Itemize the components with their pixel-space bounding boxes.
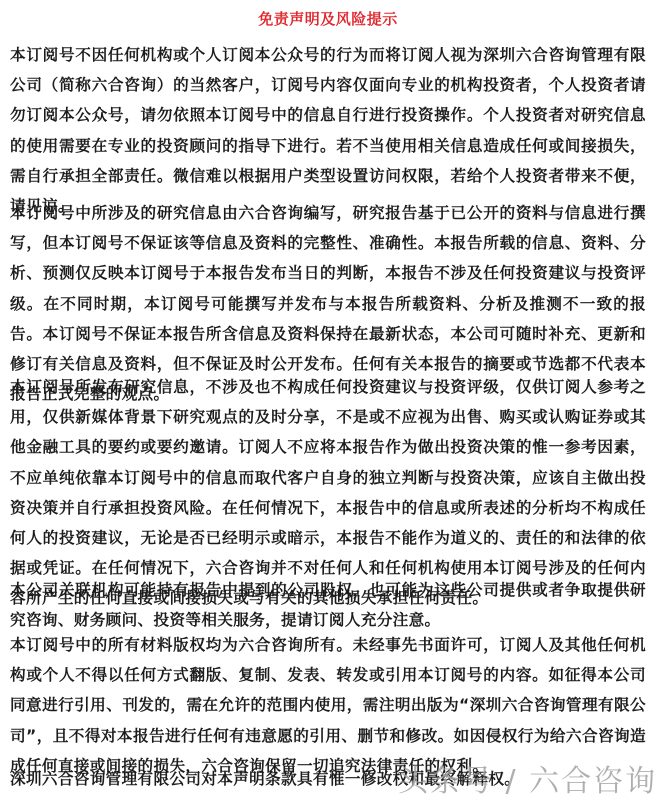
paragraph-subscriber-status: 本订阅号不因任何机构或个人订阅本公众号的行为而将订阅人视为深圳六合咨询管理有限公… xyxy=(10,40,646,221)
watermark: 头条号 / 六合咨询 xyxy=(398,756,656,800)
document-title: 免责声明及风险提示 xyxy=(0,8,656,29)
paragraph-affiliate-notice: 本公司关联机构可能持有报告中提到的公司股权，也可能为这些公司提供或者争取提供研究… xyxy=(10,575,646,635)
